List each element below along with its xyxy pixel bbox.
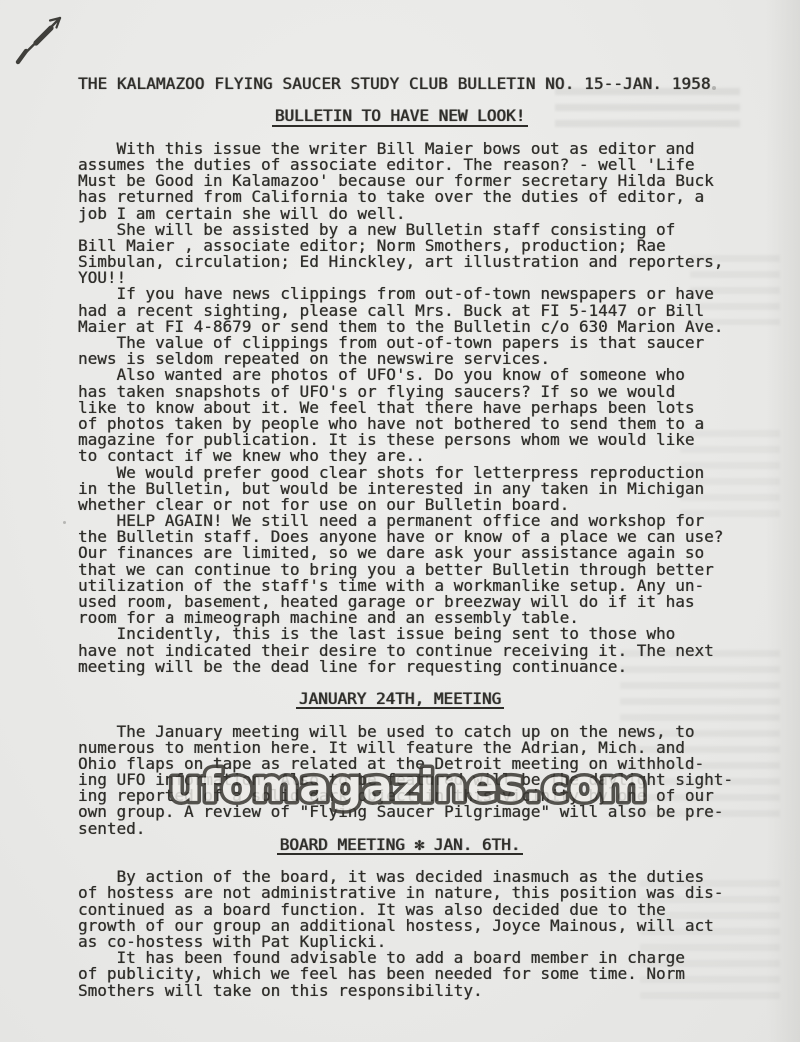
masthead-line: THE KALAMAZOO FLYING SAUCER STUDY CLUB B… xyxy=(0,76,800,92)
section-heading-text: JANUARY 24TH, MEETING xyxy=(296,691,504,709)
text-line: Smothers will take on this responsibilit… xyxy=(0,983,800,999)
section-heading-text: BOARD MEETING ✻ JAN. 6TH. xyxy=(277,837,524,855)
scan-speck xyxy=(712,86,716,90)
section-heading: JANUARY 24TH, MEETING xyxy=(0,691,800,707)
text-line: meeting will be the dead line for reques… xyxy=(0,659,800,675)
scanned-bulletin-page: THE KALAMAZOO FLYING SAUCER STUDY CLUB B… xyxy=(0,0,800,1042)
section-heading: BULLETIN TO HAVE NEW LOOK! xyxy=(0,108,800,124)
section-heading: BOARD MEETING ✻ JAN. 6TH. xyxy=(0,837,800,853)
pen-arrow-mark xyxy=(6,4,86,74)
scan-speck xyxy=(63,521,66,524)
document-text: THE KALAMAZOO FLYING SAUCER STUDY CLUB B… xyxy=(0,76,800,999)
section-heading-text: BULLETIN TO HAVE NEW LOOK! xyxy=(272,108,528,126)
